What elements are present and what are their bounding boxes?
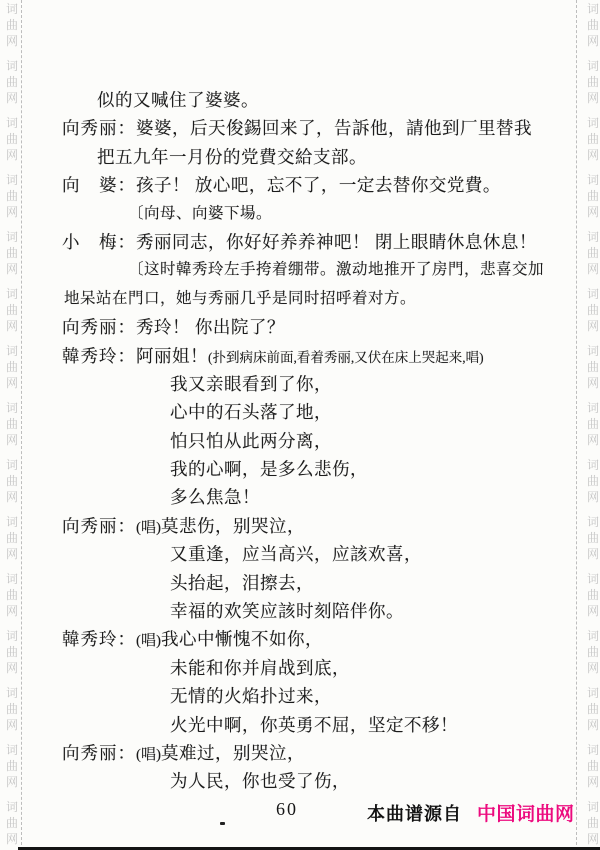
- line-text: 无情的火焰扑过来，: [170, 686, 332, 706]
- watermark-char: 词: [6, 288, 18, 300]
- watermark-group: 词曲网: [4, 573, 20, 617]
- script-line-lyric: 我又亲眼看到了你，: [62, 370, 548, 398]
- line-text: 地呆站在門口，她与秀丽几乎是同时招呼着对方。: [64, 290, 416, 307]
- scan-speck: [220, 822, 225, 825]
- script-line-stage: 〔这时韓秀玲左手挎着绷带。激动地推开了房門，悲喜交加: [62, 256, 548, 284]
- watermark-char: 网: [587, 776, 599, 788]
- watermark-char: 词: [587, 174, 599, 186]
- watermark-char: 曲: [6, 760, 18, 772]
- watermark-char: 网: [6, 776, 18, 788]
- watermark-char: 网: [6, 320, 18, 332]
- script-line-speaker: 向秀丽：(唱)莫难过，别哭泣，: [62, 739, 548, 767]
- watermark-group: 词曲网: [585, 117, 600, 161]
- script-line-speaker: 小 梅：秀丽同志，你好好养养神吧！ 閉上眼睛休息休息！: [62, 228, 548, 256]
- line-text: 我又亲眼看到了你，: [170, 374, 332, 394]
- line-text: 秀玲！ 你出院了？: [136, 317, 285, 337]
- line-text: 为人民，你也受了伤，: [170, 771, 350, 791]
- watermark-group: 词曲网: [585, 345, 600, 389]
- watermark-char: 曲: [587, 589, 599, 601]
- watermark-char: 曲: [6, 190, 18, 202]
- watermark-char: 曲: [6, 589, 18, 601]
- watermark-char: 词: [587, 231, 599, 243]
- watermark-char: 曲: [6, 532, 18, 544]
- watermark-char: 网: [6, 833, 18, 845]
- watermark-char: 网: [587, 548, 599, 560]
- watermark-char: 曲: [6, 76, 18, 88]
- watermark-char: 网: [6, 92, 18, 104]
- watermark-group: 词曲网: [4, 402, 20, 446]
- script-line-speaker: 韓秀玲：阿丽姐！(扑到病床前面,看着秀丽,又伏在床上哭起来,唱): [62, 342, 548, 370]
- watermark-group: 词曲网: [4, 117, 20, 161]
- watermark-char: 曲: [587, 703, 599, 715]
- watermark-group: 词曲网: [585, 288, 600, 332]
- watermark-char: 词: [6, 573, 18, 585]
- line-text: 莫难过，别哭泣，: [161, 743, 305, 763]
- watermark-group: 词曲网: [585, 630, 600, 674]
- watermark-char: 网: [6, 548, 18, 560]
- speaker-name: 向秀丽：: [62, 739, 136, 767]
- watermark-column-left: 词曲网词曲网词曲网词曲网词曲网词曲网词曲网词曲网词曲网词曲网词曲网词曲网词曲网词…: [4, 3, 20, 850]
- line-text: 〔向母、向婆下場。: [128, 205, 272, 222]
- script-line-lyric: 火光中啊，你英勇不屈，坚定不移！: [62, 711, 548, 739]
- speaker-name: 小 梅：: [62, 228, 136, 256]
- watermark-char: 曲: [587, 532, 599, 544]
- watermark-group: 词曲网: [4, 687, 20, 731]
- watermark-char: 网: [587, 92, 599, 104]
- watermark-char: 网: [6, 491, 18, 503]
- line-text: 火光中啊，你英勇不屈，坚定不移！: [170, 715, 458, 735]
- watermark-char: 词: [6, 687, 18, 699]
- watermark-char: 词: [587, 687, 599, 699]
- watermark-char: 曲: [587, 418, 599, 430]
- line-text: 孩子！ 放心吧，忘不了，一定去替你交党費。: [136, 175, 501, 195]
- watermark-char: 曲: [6, 19, 18, 31]
- sung-marker: (唱): [136, 520, 161, 536]
- watermark-char: 词: [6, 60, 18, 72]
- watermark-char: 网: [6, 35, 18, 47]
- watermark-char: 曲: [6, 703, 18, 715]
- watermark-char: 网: [587, 149, 599, 161]
- watermark-group: 词曲网: [4, 174, 20, 218]
- scanned-script-page: 词曲网词曲网词曲网词曲网词曲网词曲网词曲网词曲网词曲网词曲网词曲网词曲网词曲网词…: [0, 0, 600, 850]
- watermark-group: 词曲网: [585, 744, 600, 788]
- script-line-stagecont: 地呆站在門口，她与秀丽几乎是同时招呼着对方。: [62, 285, 548, 313]
- watermark-group: 词曲网: [585, 3, 600, 47]
- speaker-name: 向秀丽：: [62, 114, 136, 142]
- watermark-char: 词: [587, 516, 599, 528]
- watermark-char: 网: [587, 662, 599, 674]
- watermark-char: 曲: [587, 361, 599, 373]
- line-text: 头抬起，泪擦去，: [170, 573, 314, 593]
- script-line-lyric: 头抬起，泪擦去，: [62, 569, 548, 597]
- watermark-char: 曲: [6, 475, 18, 487]
- script-line-lyric: 未能和你并肩战到底，: [62, 654, 548, 682]
- watermark-group: 词曲网: [4, 744, 20, 788]
- script-line-lyric: 怕只怕从此两分离，: [62, 427, 548, 455]
- watermark-char: 词: [587, 573, 599, 585]
- watermark-char: 曲: [6, 247, 18, 259]
- watermark-char: 词: [6, 630, 18, 642]
- watermark-char: 词: [6, 516, 18, 528]
- line-text: 多么焦急！: [170, 487, 260, 507]
- script-line-lyric: 心中的石头落了地，: [62, 398, 548, 426]
- watermark-group: 词曲网: [585, 516, 600, 560]
- speaker-name: 韓秀玲：: [62, 342, 136, 370]
- watermark-char: 词: [587, 459, 599, 471]
- watermark-char: 曲: [587, 133, 599, 145]
- speaker-name: 向秀丽：: [62, 313, 136, 341]
- watermark-column-right: 词曲网词曲网词曲网词曲网词曲网词曲网词曲网词曲网词曲网词曲网词曲网词曲网词曲网词…: [585, 3, 600, 850]
- watermark-char: 词: [6, 174, 18, 186]
- line-text: 心中的石头落了地，: [170, 402, 332, 422]
- watermark-group: 词曲网: [585, 231, 600, 275]
- watermark-group: 词曲网: [4, 3, 20, 47]
- line-text: 未能和你并肩战到底，: [170, 658, 350, 678]
- line-text: 秀丽同志，你好好养养神吧！ 閉上眼睛休息休息！: [136, 232, 537, 252]
- line-text: 婆婆，后天俊錫回来了，告訴他，請他到厂里替我: [136, 118, 532, 138]
- watermark-char: 网: [6, 377, 18, 389]
- watermark-char: 网: [6, 605, 18, 617]
- watermark-char: 曲: [587, 247, 599, 259]
- watermark-char: 曲: [587, 190, 599, 202]
- margin-rule-left: [21, 0, 22, 850]
- watermark-char: 网: [587, 377, 599, 389]
- script-line-speaker: 向秀丽：秀玲！ 你出院了？: [62, 313, 548, 341]
- watermark-group: 词曲网: [4, 345, 20, 389]
- watermark-char: 词: [587, 288, 599, 300]
- script-line-speaker: 韓秀玲：(唱)我心中慚愧不如你，: [62, 625, 548, 653]
- watermark-char: 词: [587, 345, 599, 357]
- footer-source-label: 本曲谱源自: [367, 800, 462, 826]
- script-line-cont: 把五九年一月份的党費交給支部。: [62, 143, 548, 171]
- sung-marker: (唱): [136, 747, 161, 763]
- watermark-char: 网: [587, 35, 599, 47]
- script-line-lyric: 又重逢，应当高兴，应該欢喜，: [62, 540, 548, 568]
- line-text: 怕只怕从此两分离，: [170, 431, 332, 451]
- watermark-char: 网: [6, 719, 18, 731]
- watermark-char: 词: [6, 402, 18, 414]
- line-text: 我心中慚愧不如你，: [161, 629, 323, 649]
- watermark-char: 词: [6, 3, 18, 15]
- watermark-char: 曲: [587, 19, 599, 31]
- line-text: 幸福的欢笑应該时刻陪伴你。: [170, 601, 404, 621]
- watermark-char: 网: [587, 434, 599, 446]
- watermark-group: 词曲网: [4, 516, 20, 560]
- watermark-char: 网: [587, 206, 599, 218]
- watermark-char: 网: [6, 206, 18, 218]
- line-text: 把五九年一月份的党費交給支部。: [97, 147, 367, 167]
- footer-brand-link[interactable]: 中国词曲网: [477, 799, 575, 826]
- watermark-char: 曲: [6, 418, 18, 430]
- watermark-char: 网: [6, 434, 18, 446]
- speaker-name: 向 婆：: [62, 171, 136, 199]
- watermark-char: 词: [587, 402, 599, 414]
- watermark-char: 词: [6, 231, 18, 243]
- watermark-group: 词曲网: [585, 402, 600, 446]
- watermark-group: 词曲网: [4, 630, 20, 674]
- script-line-lyric: 无情的火焰扑过来，: [62, 682, 548, 710]
- script-line-lyric: 幸福的欢笑应該时刻陪伴你。: [62, 597, 548, 625]
- watermark-char: 词: [587, 744, 599, 756]
- watermark-char: 网: [587, 263, 599, 275]
- stage-note-inline: (扑到病床前面,看着秀丽,又伏在床上哭起来,唱): [208, 350, 484, 365]
- script-line-cont: 似的又喊住了婆婆。: [62, 86, 548, 114]
- watermark-char: 曲: [6, 304, 18, 316]
- watermark-char: 曲: [587, 760, 599, 772]
- script-line-lyric: 多么焦急！: [62, 483, 548, 511]
- watermark-char: 网: [6, 263, 18, 275]
- watermark-char: 曲: [587, 76, 599, 88]
- watermark-char: 曲: [587, 646, 599, 658]
- watermark-char: 词: [6, 459, 18, 471]
- script-line-stage: 〔向母、向婆下場。: [62, 200, 548, 228]
- script-line-lyric: 我的心啊，是多么悲伤，: [62, 455, 548, 483]
- watermark-char: 曲: [6, 646, 18, 658]
- watermark-group: 词曲网: [4, 60, 20, 104]
- watermark-char: 词: [587, 630, 599, 642]
- line-text: 又重逢，应当高兴，应該欢喜，: [170, 544, 422, 564]
- line-text: 〔这时韓秀玲左手挎着绷带。激动地推开了房門，悲喜交加: [128, 261, 544, 278]
- watermark-group: 词曲网: [585, 687, 600, 731]
- speaker-name: 韓秀玲：: [62, 625, 136, 653]
- watermark-group: 词曲网: [585, 573, 600, 617]
- watermark-char: 曲: [6, 361, 18, 373]
- script-line-speaker: 向秀丽：(唱)莫悲伤，别哭泣，: [62, 512, 548, 540]
- watermark-char: 曲: [587, 304, 599, 316]
- watermark-char: 词: [6, 744, 18, 756]
- watermark-char: 网: [6, 662, 18, 674]
- script-content: 似的又喊住了婆婆。向秀丽：婆婆，后天俊錫回来了，告訴他，請他到厂里替我把五九年一…: [62, 86, 548, 796]
- watermark-char: 网: [6, 149, 18, 161]
- watermark-char: 网: [587, 719, 599, 731]
- watermark-group: 词曲网: [585, 459, 600, 503]
- watermark-char: 词: [6, 117, 18, 129]
- watermark-group: 词曲网: [585, 174, 600, 218]
- page-number: 60: [276, 799, 298, 820]
- watermark-char: 曲: [6, 133, 18, 145]
- watermark-char: 词: [6, 345, 18, 357]
- watermark-char: 词: [587, 60, 599, 72]
- watermark-char: 曲: [587, 475, 599, 487]
- watermark-char: 词: [587, 3, 599, 15]
- watermark-char: 网: [587, 833, 599, 845]
- line-text: 似的又喊住了婆婆。: [97, 90, 259, 110]
- script-line-speaker: 向 婆：孩子！ 放心吧，忘不了，一定去替你交党費。: [62, 171, 548, 199]
- watermark-char: 网: [587, 605, 599, 617]
- script-line-speaker: 向秀丽：婆婆，后天俊錫回来了，告訴他，請他到厂里替我: [62, 114, 548, 142]
- watermark-group: 词曲网: [4, 288, 20, 332]
- speaker-name: 向秀丽：: [62, 512, 136, 540]
- watermark-char: 网: [587, 320, 599, 332]
- watermark-char: 网: [587, 491, 599, 503]
- page-footer: 60 本曲谱源自 中国词曲网: [0, 799, 600, 825]
- watermark-group: 词曲网: [4, 459, 20, 503]
- line-text: 莫悲伤，别哭泣，: [161, 516, 305, 536]
- margin-rule-right: [576, 0, 577, 850]
- watermark-group: 词曲网: [585, 60, 600, 104]
- watermark-group: 词曲网: [4, 231, 20, 275]
- script-line-lyric: 为人民，你也受了伤，: [62, 767, 548, 795]
- line-text: 我的心啊，是多么悲伤，: [170, 459, 368, 479]
- watermark-char: 词: [587, 117, 599, 129]
- sung-marker: (唱): [136, 633, 161, 649]
- line-text: 阿丽姐！: [136, 346, 208, 366]
